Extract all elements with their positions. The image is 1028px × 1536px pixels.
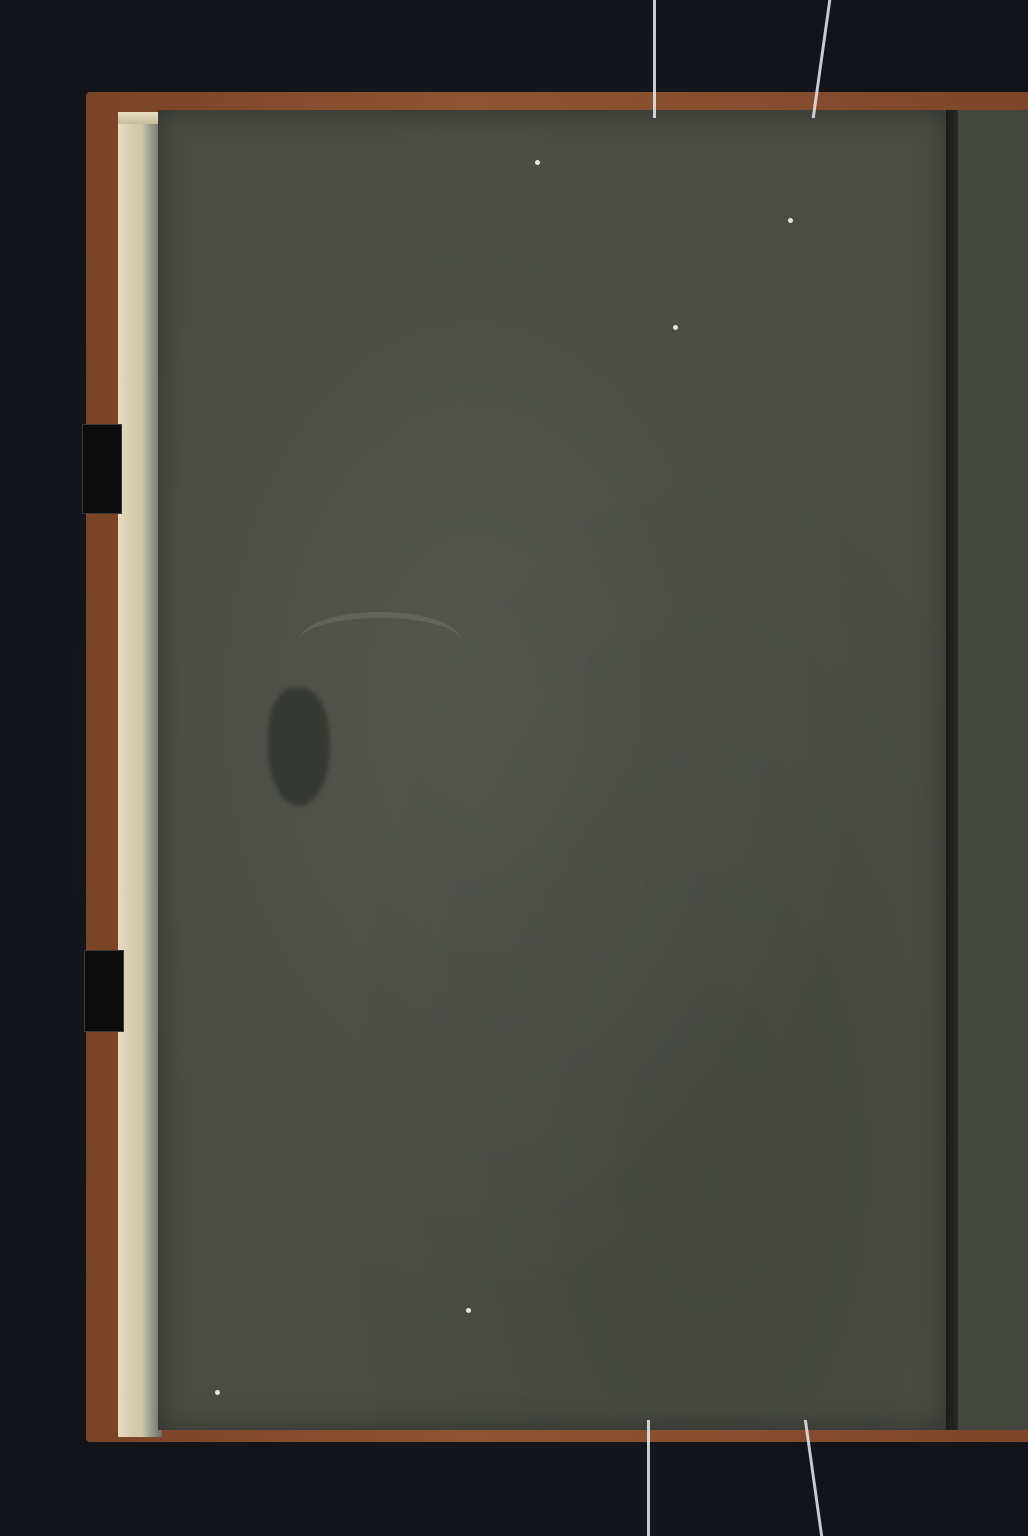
support-thread	[647, 1420, 650, 1536]
support-thread	[653, 0, 656, 118]
facing-page	[958, 110, 1028, 1430]
speck	[788, 218, 793, 223]
chalk-mark	[300, 612, 460, 668]
stain	[268, 688, 330, 806]
speck	[535, 160, 540, 165]
speck	[466, 1308, 471, 1313]
speck	[215, 1390, 220, 1395]
leather-strap-upper	[82, 424, 122, 514]
speck	[673, 325, 678, 330]
page-edges	[118, 112, 162, 1437]
leather-strap-lower	[84, 950, 124, 1032]
